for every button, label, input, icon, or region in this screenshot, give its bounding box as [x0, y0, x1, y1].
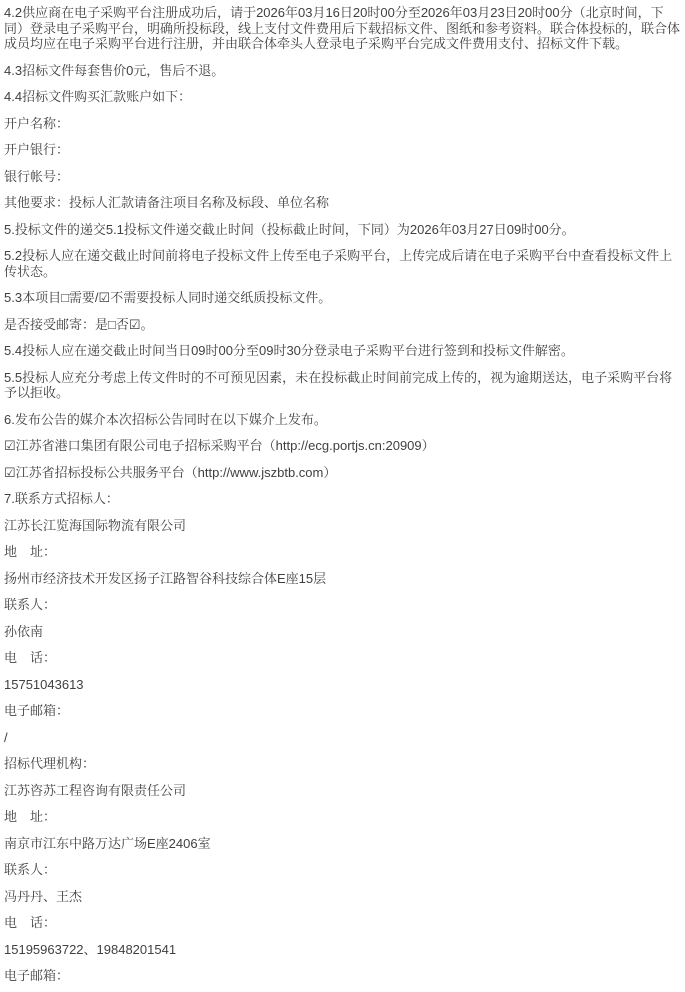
agency-phone-numbers: 15195963722、19848201541: [4, 942, 681, 958]
agency-address-label: 地 址：: [4, 809, 681, 825]
media-platform-port-group: ☑江苏省港口集团有限公司电子招标采购平台（http://ecg.portjs.c…: [4, 438, 681, 454]
tenderer-email-label: 电子邮箱：: [4, 703, 681, 719]
mail-acceptance-checkbox-line: 是否接受邮寄：是□否☑。: [4, 317, 681, 333]
tenderer-contact-name: 孙依南: [4, 624, 681, 640]
tender-announcement-document: 4.2供应商在电子采购平台注册成功后，请于2026年03月16日20时00分至2…: [0, 0, 685, 984]
clause-7-contact-tenderer-label: 7.联系方式招标人：: [4, 491, 681, 507]
field-bank-name-label: 开户银行：: [4, 142, 681, 158]
agency-section-label: 招标代理机构：: [4, 756, 681, 772]
agency-company-name: 江苏咨苏工程咨询有限责任公司: [4, 783, 681, 799]
field-other-requirements: 其他要求：投标人汇款请备注项目名称及标段、单位名称: [4, 195, 681, 211]
clause-5-3-paper-documents-checkbox-line: 5.3本项目□需要/☑不需要投标人同时递交纸质投标文件。: [4, 290, 681, 306]
clause-4-3-document-price: 4.3招标文件每套售价0元，售后不退。: [4, 63, 681, 79]
clause-6-announcement-media: 6.发布公告的媒介本次招标公告同时在以下媒介上发布。: [4, 412, 681, 428]
tenderer-phone-label: 电 话：: [4, 650, 681, 666]
clause-5-1-submission-deadline: 5.投标文件的递交5.1投标文件递交截止时间（投标截止时间，下同）为2026年0…: [4, 222, 681, 238]
tenderer-address-label: 地 址：: [4, 544, 681, 560]
agency-address-value: 南京市江东中路万达广场E座2406室: [4, 836, 681, 852]
tenderer-email-value: /: [4, 730, 681, 746]
field-bank-account-label: 银行帐号：: [4, 169, 681, 185]
tenderer-contact-label: 联系人：: [4, 597, 681, 613]
agency-email-label: 电子邮箱：: [4, 968, 681, 984]
tenderer-company-name: 江苏长江览海国际物流有限公司: [4, 518, 681, 534]
clause-5-5-late-upload-rejection: 5.5投标人应充分考虑上传文件时的不可预见因素，未在投标截止时间前完成上传的，视…: [4, 370, 681, 401]
clause-4-4-remittance-account: 4.4招标文件购买汇款账户如下：: [4, 89, 681, 105]
agency-contact-label: 联系人：: [4, 862, 681, 878]
agency-contact-names: 冯丹丹、王杰: [4, 889, 681, 905]
tenderer-address-value: 扬州市经济技术开发区扬子江路智谷科技综合体E座15层: [4, 571, 681, 587]
agency-phone-label: 电 话：: [4, 915, 681, 931]
field-account-name-label: 开户名称：: [4, 116, 681, 132]
tenderer-phone-number: 15751043613: [4, 677, 681, 693]
clause-4-2-platform-registration: 4.2供应商在电子采购平台注册成功后，请于2026年03月16日20时00分至2…: [4, 5, 681, 52]
clause-5-2-upload-instruction: 5.2投标人应在递交截止时间前将电子投标文件上传至电子采购平台，上传完成后请在电…: [4, 248, 681, 279]
media-platform-public-service: ☑江苏省招标投标公共服务平台（http://www.jszbtb.com）: [4, 465, 681, 481]
clause-5-4-signin-decryption: 5.4投标人应在递交截止时间当日09时00分至09时30分登录电子采购平台进行签…: [4, 343, 681, 359]
